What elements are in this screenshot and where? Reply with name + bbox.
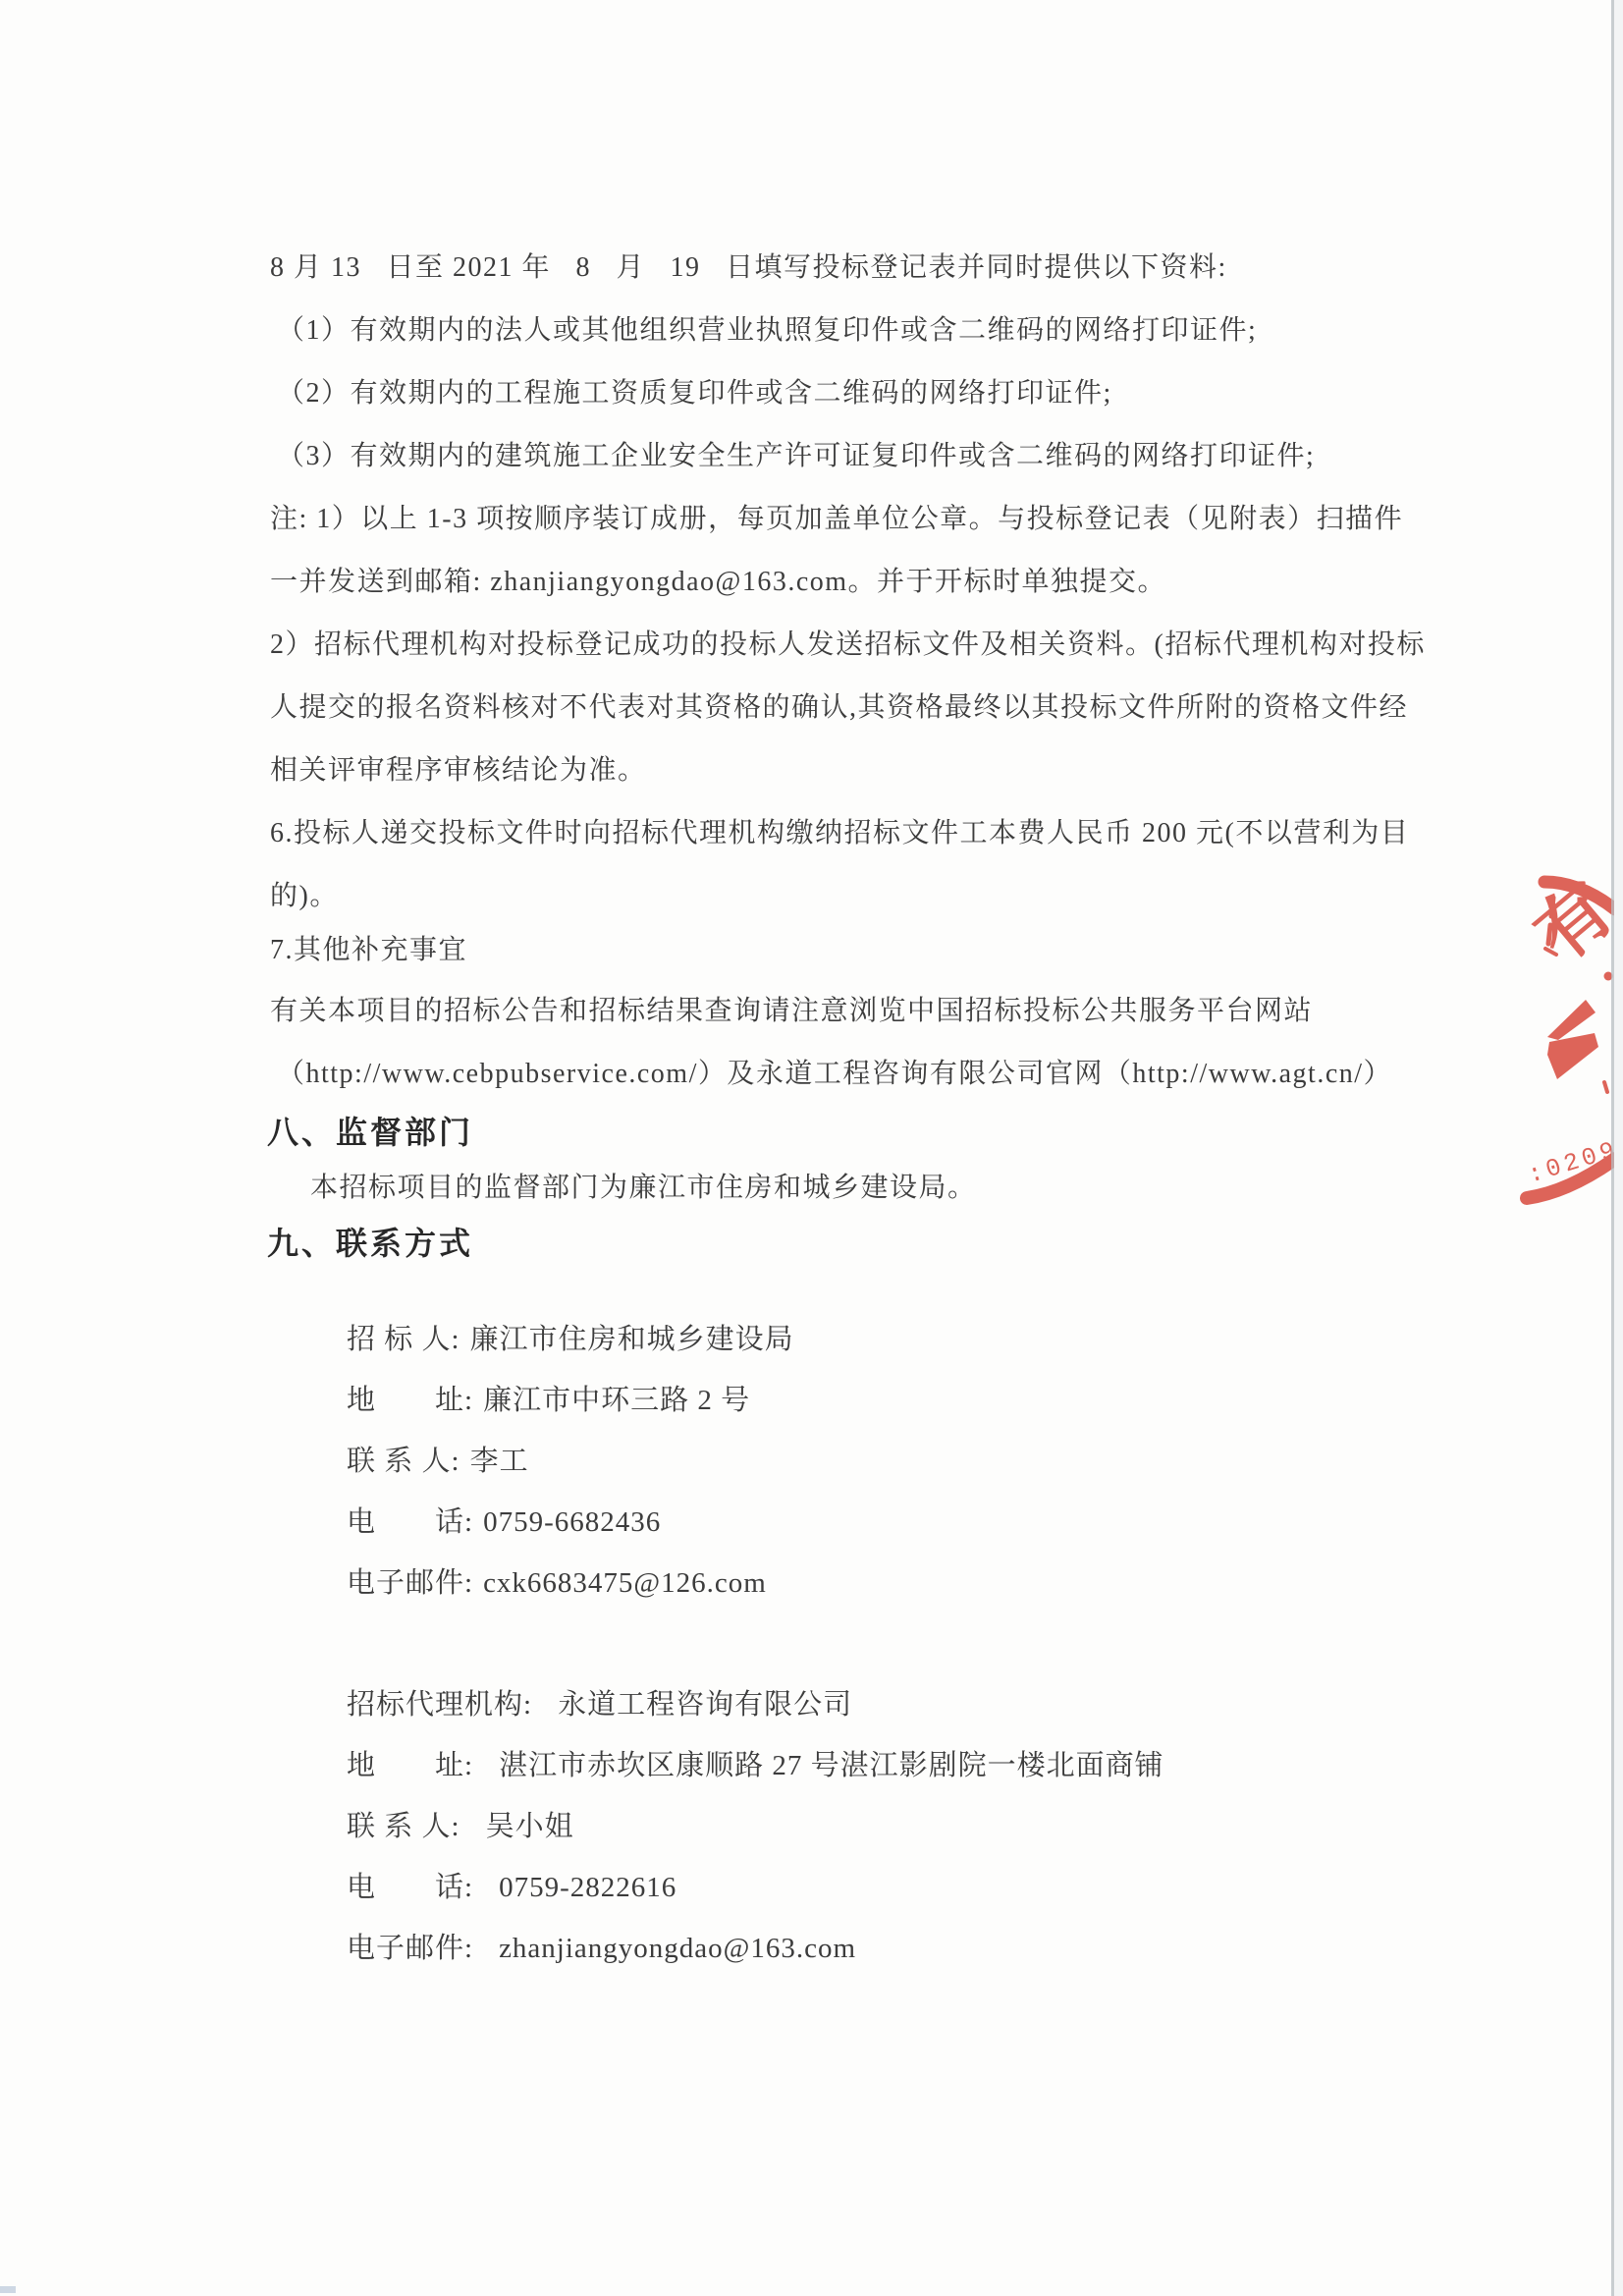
seal-character: 有 (1521, 869, 1615, 977)
scan-edge-line (1611, 0, 1614, 2296)
contact-row-tenderer-email: 电子邮件:cxk6683475@126.com (314, 1530, 767, 1636)
doc-line: 7.其他补充事宜 (270, 933, 467, 968)
doc-line: 6.投标人递交投标文件时向招标代理机构缴纳招标文件工本费人民币 200 元(不以… (270, 816, 1409, 851)
doc-line: （http://www.cebpubservice.com/）及永道工程咨询有限… (277, 1057, 1392, 1092)
supervision-text: 本招标项目的监督部门为廉江市住房和城乡建设局。 (310, 1171, 977, 1206)
red-seal-stamp: 有 :0209 (1517, 845, 1615, 1237)
contact-label: 电子邮件: (347, 1567, 473, 1599)
doc-line: （3）有效期内的建筑施工企业安全生产许可证复印件或含二维码的网络打印证件; (277, 439, 1315, 474)
doc-line: 8 月 13 日至 2021 年 8 月 19 日填写投标登记表并同时提供以下资… (270, 250, 1227, 286)
document-page: 8 月 13 日至 2021 年 8 月 19 日填写投标登记表并同时提供以下资… (0, 0, 1623, 2296)
section-heading-supervision: 八、监督部门 (267, 1108, 473, 1153)
doc-line: 人提交的报名资料核对不代表对其资格的确认,其资格最终以其投标文件所附的资格文件经 (270, 690, 1408, 726)
contact-value: 湛江市赤坎区康顺路 27 号湛江影剧院一楼北面商铺 (499, 1750, 1164, 1781)
scan-corner-mark (0, 2286, 16, 2293)
doc-line: （2）有效期内的工程施工资质复印件或含二维码的网络打印证件; (277, 376, 1112, 411)
contact-row-agency-email: 电子邮件:zhanjiangyongdao@163.com (314, 1895, 856, 2001)
doc-line: 注: 1）以上 1-3 项按顺序装订成册，每页加盖单位公章。与投标登记表（见附表… (270, 502, 1403, 537)
contact-label: 电子邮件: (347, 1933, 473, 1964)
contact-value: cxk6683475@126.com (483, 1567, 767, 1599)
doc-line: 相关评审程序审核结论为准。 (270, 753, 647, 789)
doc-line: 一并发送到邮箱: zhanjiangyongdao@163.com。并于开标时单… (270, 565, 1166, 600)
doc-line: 的)。 (270, 879, 339, 914)
scan-edge-strip (1614, 0, 1623, 2296)
doc-line: 有关本项目的招标公告和招标结果查询请注意浏览中国招标投标公共服务平台网站 (270, 994, 1313, 1029)
doc-line: 2）招标代理机构对投标登记成功的投标人发送招标文件及相关资料。(招标代理机构对投… (270, 628, 1426, 663)
contact-value: zhanjiangyongdao@163.com (499, 1933, 856, 1964)
doc-line: （1）有效期内的法人或其他组织营业执照复印件或含二维码的网络打印证件; (277, 313, 1257, 349)
section-heading-contact: 九、联系方式 (267, 1219, 473, 1264)
